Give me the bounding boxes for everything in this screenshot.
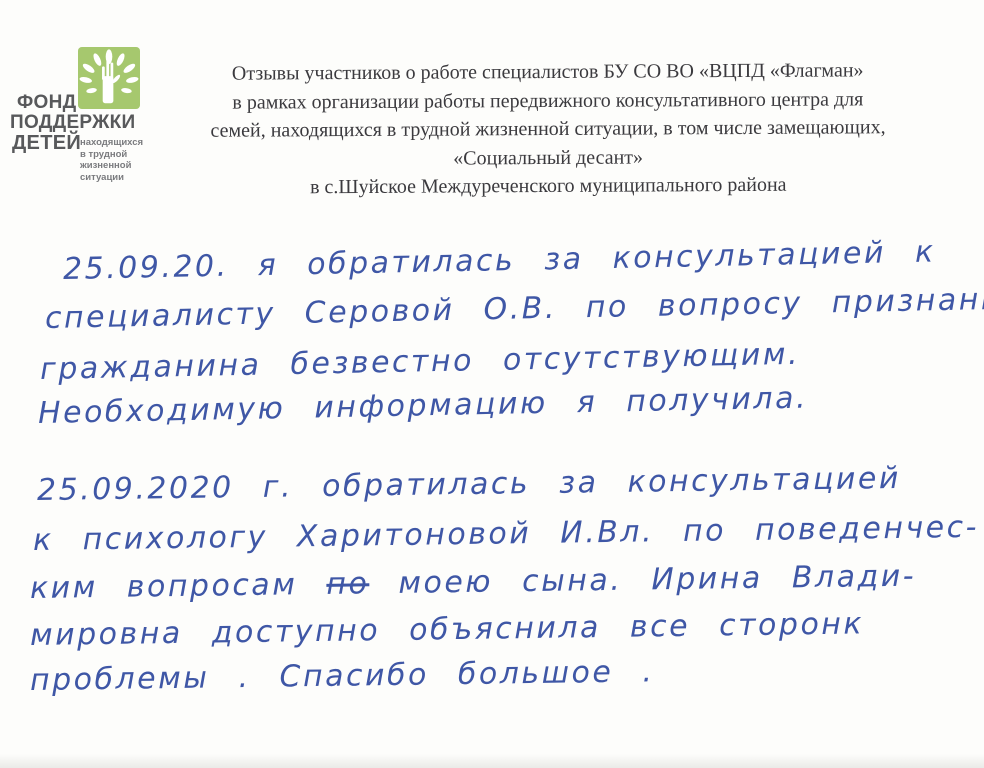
document-title-line: семей, находящихся в трудной жизненной с…: [128, 113, 968, 146]
document-title: Отзывы участников о работе специалистов …: [128, 56, 969, 203]
handwritten-review2-line4: мировна доступно объяснила все сторонк: [30, 606, 865, 653]
scan-edge-shadow: [0, 754, 984, 768]
document-title-line: в рамках организации работы передвижного…: [128, 84, 968, 117]
handwritten-review2-line3: ким вопросам по моею сына. Ирина Влади-: [30, 559, 917, 606]
handwritten-review1-line3: гражданина безвестно отсутствующим.: [40, 337, 801, 387]
handwritten-review2-line2: к психологу Харитоновой И.Вл. по поведен…: [33, 510, 979, 558]
document-title-line: «Социальный десант»: [128, 141, 968, 174]
document-title-line: Отзывы участников о работе специалистов …: [128, 56, 968, 89]
handwritten-review1-line4: Необходимую информацию я получила.: [38, 381, 809, 431]
handwritten-review2-line3-after: моею сына. Ирина Влади-: [369, 559, 916, 602]
document-title-line: в с.Шуйское Междуреченского муниципально…: [128, 170, 968, 203]
fund-logo-title-line: ПОДДЕРЖКИ: [10, 113, 135, 133]
crossed-out-word: по: [326, 566, 369, 602]
scanned-review-document: ФОНД ПОДДЕРЖКИ ДЕТЕЙ находящихся в трудн…: [0, 0, 984, 768]
handwritten-review2-line5: проблемы . Спасибо большое .: [30, 654, 655, 698]
fund-logo-title-line: ФОНД: [17, 93, 135, 113]
handwritten-review1-line2: специалисту Серовой О.В. по вопросу приз…: [45, 281, 984, 336]
handwritten-review2-line3-before: ким вопросам: [30, 567, 327, 606]
handwritten-review1-line1: 25.09.20. я обратилась за консультацией …: [63, 234, 936, 287]
handwritten-review2-line1: 25.09.2020 г. обратилась за консультацие…: [37, 461, 901, 508]
